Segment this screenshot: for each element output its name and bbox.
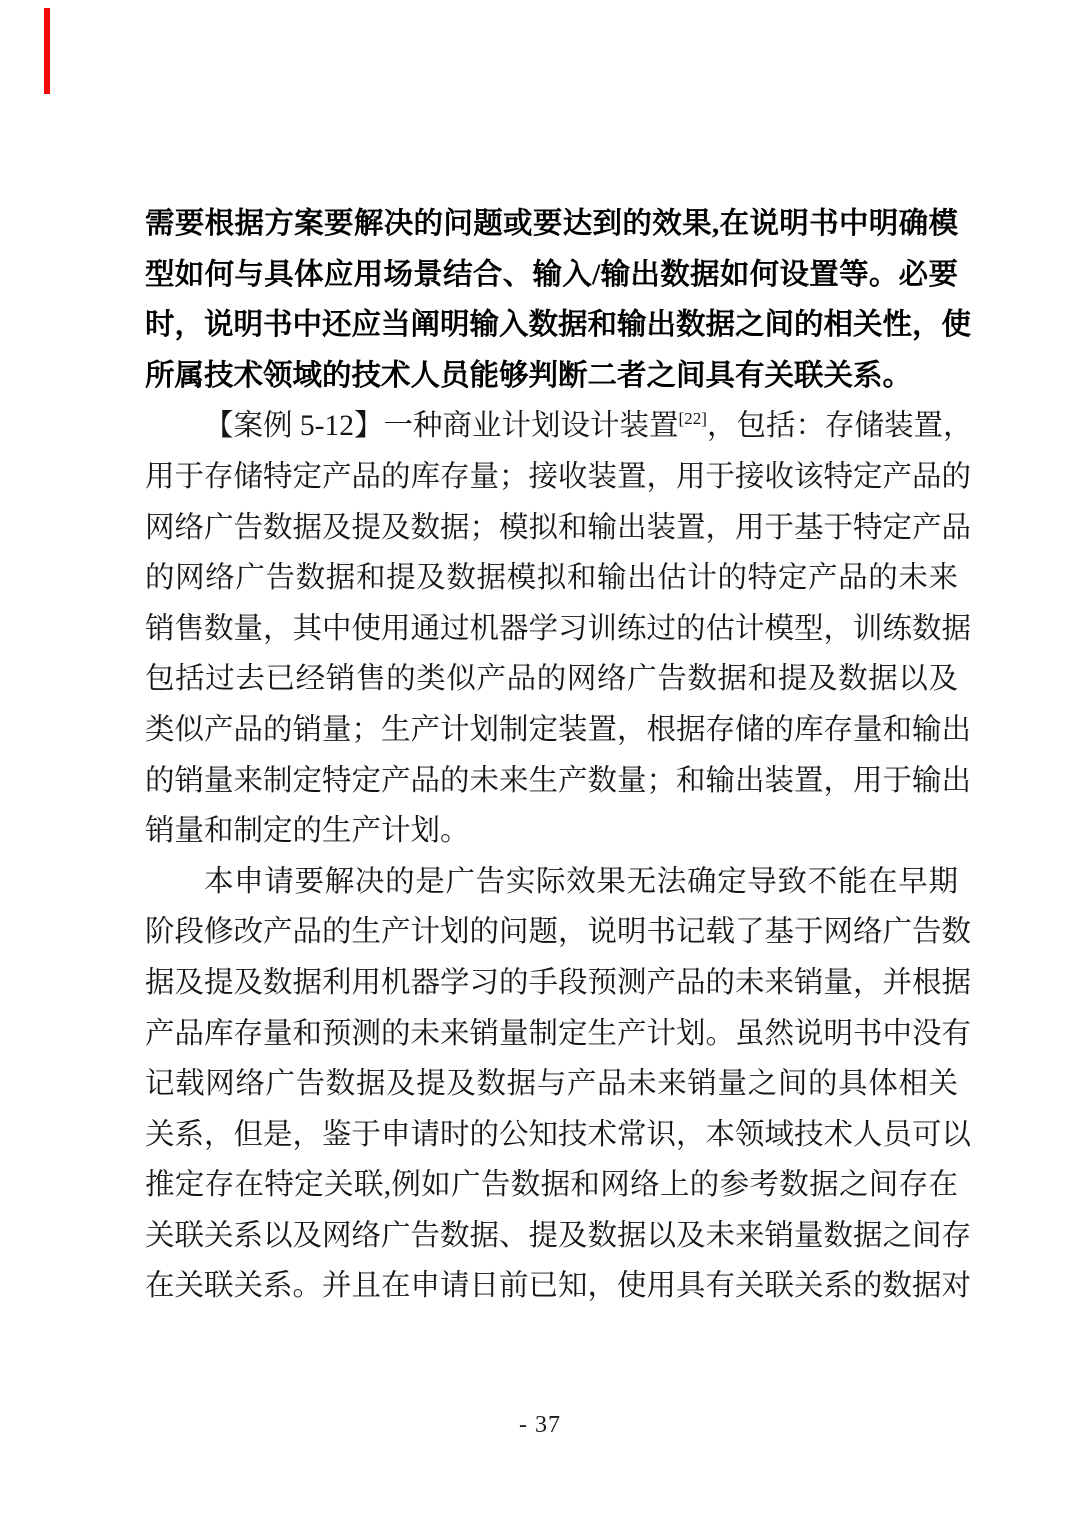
text-line: 网络广告数据及提及数据；模拟和输出装置，用于基于特定产品	[145, 503, 958, 554]
text-line: 包括过去已经销售的类似产品的网络广告数据和提及数据以及	[145, 654, 958, 705]
text-line: 推定存在特定关联,例如广告数据和网络上的参考数据之间存在	[145, 1160, 958, 1211]
text-line: 记载网络广告数据及提及数据与产品未来销量之间的具体相关	[145, 1059, 958, 1110]
paragraph-requirements: 需要根据方案要解决的问题或要达到的效果,在说明书中明确模 型如何与具体应用场景结…	[145, 199, 958, 401]
text-line: 关联关系以及网络广告数据、提及数据以及未来销量数据之间存	[145, 1211, 958, 1262]
text-line: 型如何与具体应用场景结合、输入/输出数据如何设置等。必要	[145, 250, 958, 301]
footnote-reference: [22]	[678, 410, 707, 429]
document-body: 需要根据方案要解决的问题或要达到的效果,在说明书中明确模 型如何与具体应用场景结…	[145, 199, 958, 1312]
text-line: 需要根据方案要解决的问题或要达到的效果,在说明书中明确模	[145, 199, 958, 250]
text-line: 的网络广告数据和提及数据模拟和输出估计的特定产品的未来	[145, 553, 958, 604]
text-line: 销售数量，其中使用通过机器学习训练过的估计模型，训练数据	[145, 604, 958, 655]
case-heading-line: 【案例 5-12】一种商业计划设计装置[22]，包括：存储装置，	[145, 401, 958, 452]
paragraph-analysis: 本申请要解决的是广告实际效果无法确定导致不能在早期 阶段修改产品的生产计划的问题…	[145, 857, 958, 1312]
document-page: 需要根据方案要解决的问题或要达到的效果,在说明书中明确模 型如何与具体应用场景结…	[0, 0, 1080, 1527]
text-line: 销量和制定的生产计划。	[145, 806, 958, 857]
text-line: 所属技术领域的技术人员能够判断二者之间具有关联关系。	[145, 351, 958, 402]
paragraph-case-5-12: 【案例 5-12】一种商业计划设计装置[22]，包括：存储装置， 用于存储特定产…	[145, 401, 958, 856]
text-line: 本申请要解决的是广告实际效果无法确定导致不能在早期	[145, 857, 958, 908]
case-line-continuation: ，包括：存储装置，	[707, 410, 973, 442]
red-annotation-mark	[44, 8, 50, 94]
text-line: 据及提及数据利用机器学习的手段预测产品的未来销量，并根据	[145, 958, 958, 1009]
page-number: - 37	[0, 1412, 1080, 1439]
text-line: 类似产品的销量；生产计划制定装置，根据存储的库存量和输出	[145, 705, 958, 756]
text-line: 的销量来制定特定产品的未来生产数量；和输出装置，用于输出	[145, 756, 958, 807]
text-line: 产品库存量和预测的未来销量制定生产计划。虽然说明书中没有	[145, 1009, 958, 1060]
text-line: 关系，但是，鉴于申请时的公知技术常识，本领域技术人员可以	[145, 1110, 958, 1161]
case-label-text: 【案例 5-12】一种商业计划设计装置	[204, 410, 678, 442]
text-line: 时，说明书中还应当阐明输入数据和输出数据之间的相关性，使	[145, 300, 958, 351]
text-line: 用于存储特定产品的库存量；接收装置，用于接收该特定产品的	[145, 452, 958, 503]
text-line: 在关联关系。并且在申请日前已知，使用具有关联关系的数据对	[145, 1261, 958, 1312]
text-line: 阶段修改产品的生产计划的问题，说明书记载了基于网络广告数	[145, 907, 958, 958]
